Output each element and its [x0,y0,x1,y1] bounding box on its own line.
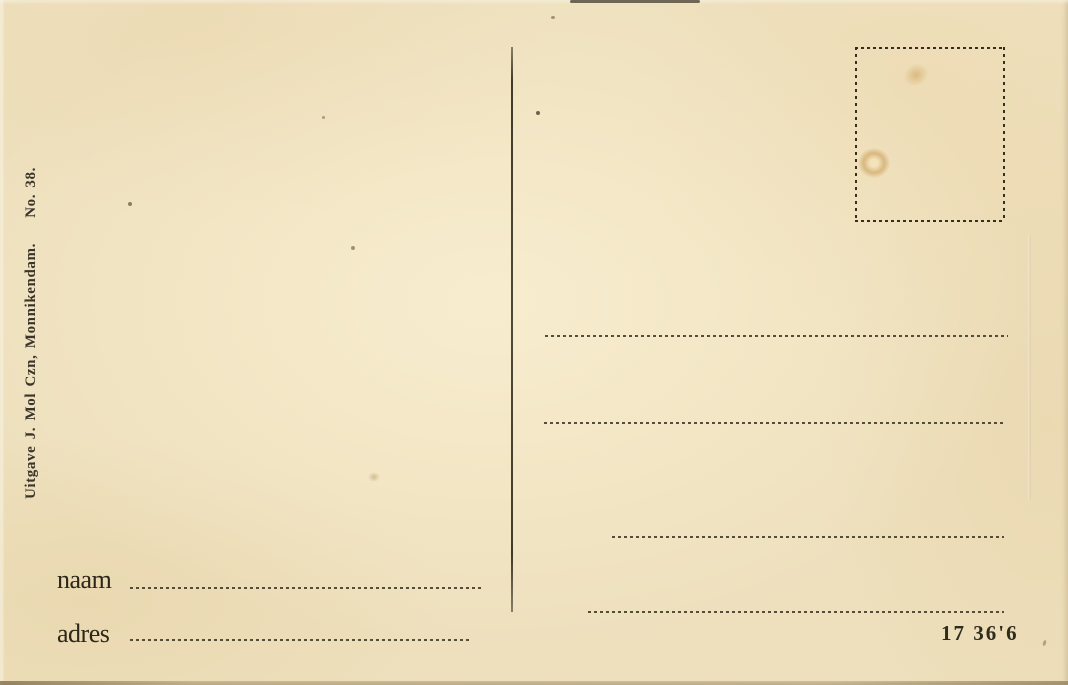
ink-speck [351,246,355,250]
name-field-rule [130,587,483,589]
stamp-box-bottom-edge [855,220,1005,222]
divider-line [511,47,513,612]
stamp-box-top-edge [855,47,1005,49]
publisher-imprint-text: Uitgave J. Mol Czn, Monnikendam. [23,243,40,499]
ink-speck [536,111,540,115]
publisher-imprint-block: Uitgave J. Mol Czn, Monnikendam. No. 38. [16,167,46,499]
ink-speck [128,202,132,206]
bottom-edge-shadow [0,681,1068,685]
stamp-box-left-edge [855,47,857,222]
address-field-rule [130,639,470,641]
name-field-label: naam [57,567,111,593]
control-number: 17 36'6 [941,621,1019,646]
address-field-label: adres [57,621,109,647]
paper-crease [1028,235,1031,500]
publisher-series-number: No. 38. [23,167,40,218]
address-rule-4 [588,611,1004,613]
stamp-box-right-edge [1003,47,1005,222]
ink-speck [322,116,325,119]
ink-speck [1042,640,1047,647]
address-rule-3 [612,536,1004,538]
stamp-box [855,47,1005,222]
postcard-back: Uitgave J. Mol Czn, Monnikendam. No. 38.… [0,0,1068,685]
address-rule-2 [544,422,1005,424]
ink-speck [551,16,555,19]
address-rule-1 [545,335,1008,337]
scan-edge-mark [570,0,700,3]
stain [368,472,380,482]
